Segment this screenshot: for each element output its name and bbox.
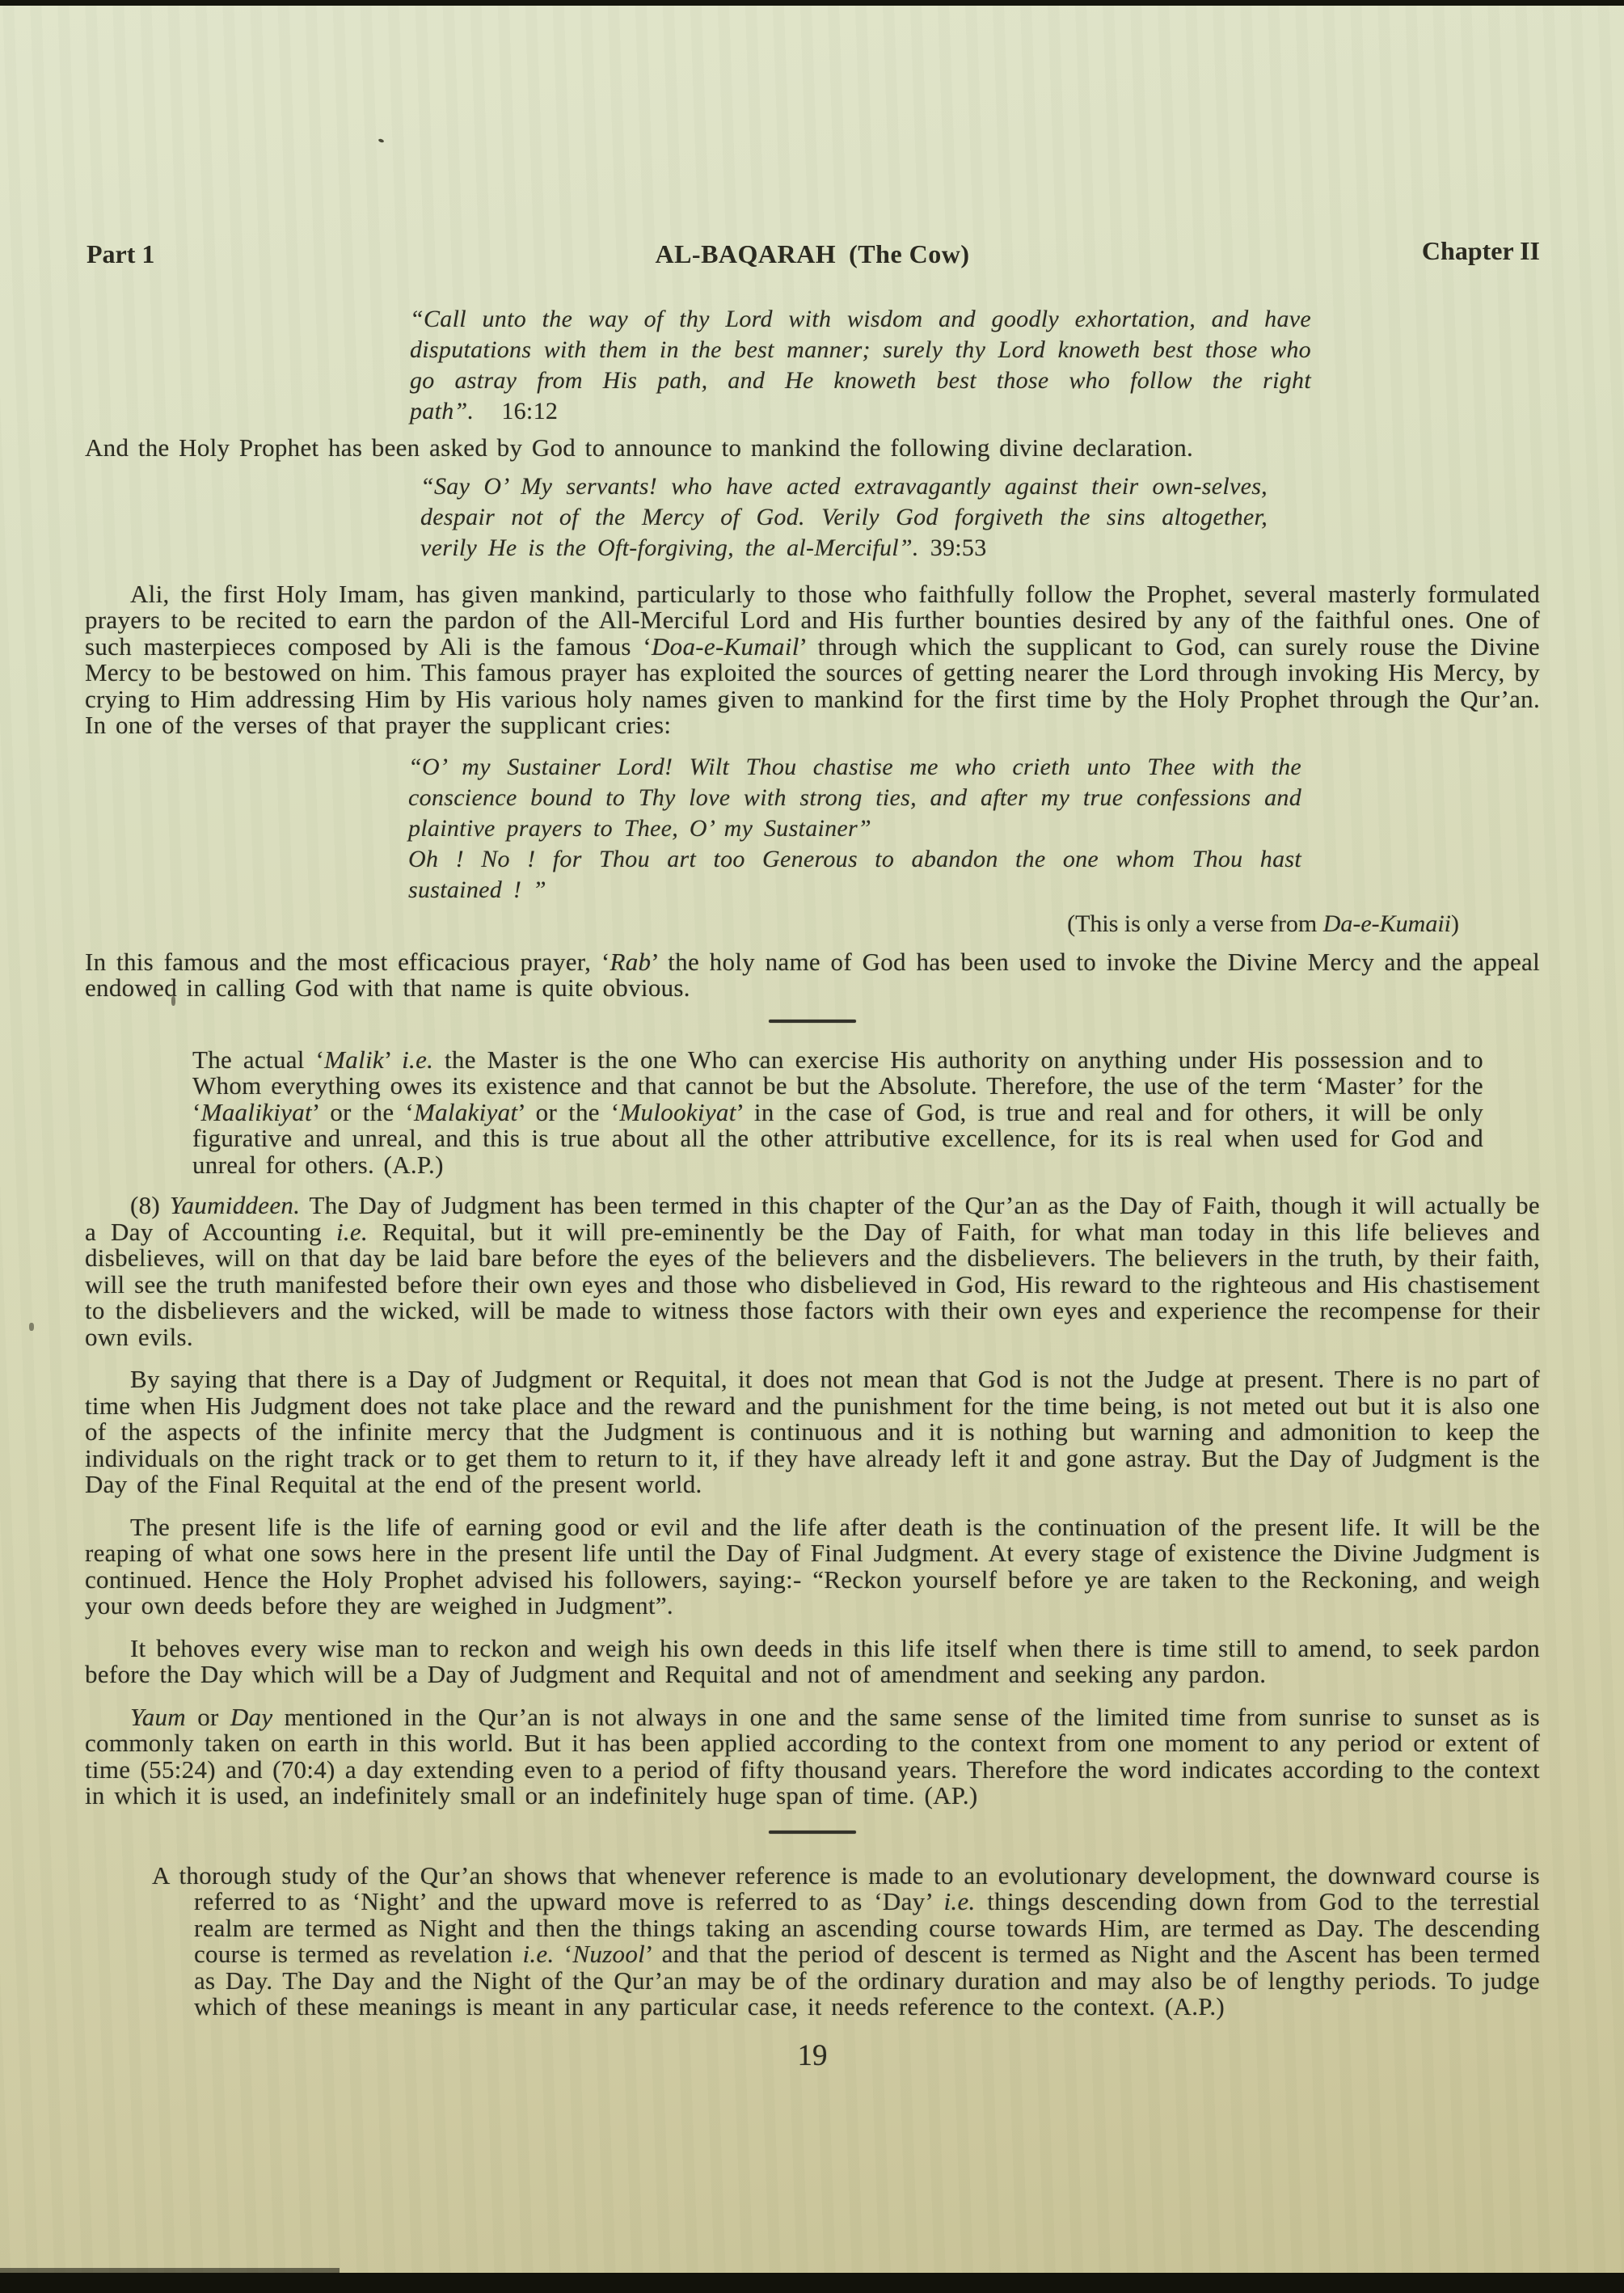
scan-edge-bottom — [0, 2273, 1624, 2293]
quote-attribution: (This is only a verse from Da-e-Kumaii) — [85, 910, 1459, 938]
running-header: Part 1 AL-BAQARAH(The Cow) Chapter II — [85, 239, 1540, 272]
page-title: AL-BAQARAH(The Cow) — [85, 239, 1540, 269]
page-number: 19 — [85, 2038, 1540, 2073]
quote-text: “Say O’ My servants! who have acted extr… — [420, 473, 1268, 561]
paragraph-yaumiddeen-note: (8) Yaumiddeen. The Day of Judgment has … — [85, 1193, 1540, 1350]
paragraph-yaum-day: Yaum or Day mentioned in the Qur’an is n… — [85, 1704, 1540, 1809]
paragraph-prophet-asked: And the Holy Prophet has been asked by G… — [85, 435, 1540, 462]
quran-quote-16-12: “Call unto the way of thy Lord with wisd… — [410, 304, 1311, 427]
paragraph-ali-prayers: Ali, the first Holy Imam, has given mank… — [85, 581, 1540, 739]
doa-e-kumail-quote: “O’ my Sustainer Lord! Wilt Thou chastis… — [408, 752, 1301, 906]
section-divider — [769, 1831, 856, 1834]
paragraph-thorough-study: A thorough study of the Qur’an shows tha… — [194, 1863, 1540, 2021]
paper-speck — [29, 1323, 34, 1331]
surah-name: AL-BAQARAH — [655, 239, 836, 268]
page-content: Part 1 AL-BAQARAH(The Cow) Chapter II “C… — [85, 0, 1540, 2073]
header-chapter-label: Chapter II — [1422, 236, 1540, 266]
paragraph-present-life: The present life is the life of earning … — [85, 1514, 1540, 1619]
attribution-suffix: ) — [1451, 910, 1459, 937]
paragraph-by-saying: By saying that there is a Day of Judgmen… — [85, 1366, 1540, 1498]
paragraph-malik-commentary: The actual ‘Malik’ i.e. the Master is th… — [192, 1047, 1483, 1179]
quran-quote-39-53: “Say O’ My servants! who have acted extr… — [420, 471, 1268, 564]
surah-translation: (The Cow) — [849, 239, 969, 268]
verse-reference: 16:12 — [501, 398, 558, 424]
paragraph-it-behoves: It behoves every wise man to reckon and … — [85, 1636, 1540, 1688]
attribution-source-name: Da-e-Kumaii — [1323, 910, 1451, 937]
section-divider — [769, 1020, 856, 1023]
scanned-book-page: Part 1 AL-BAQARAH(The Cow) Chapter II “C… — [0, 0, 1624, 2293]
verse-reference: 39:53 — [930, 534, 987, 561]
attribution-prefix: (This is only a verse from — [1067, 910, 1323, 937]
paragraph-rab-prayer: In this famous and the most efficacious … — [85, 949, 1540, 1002]
